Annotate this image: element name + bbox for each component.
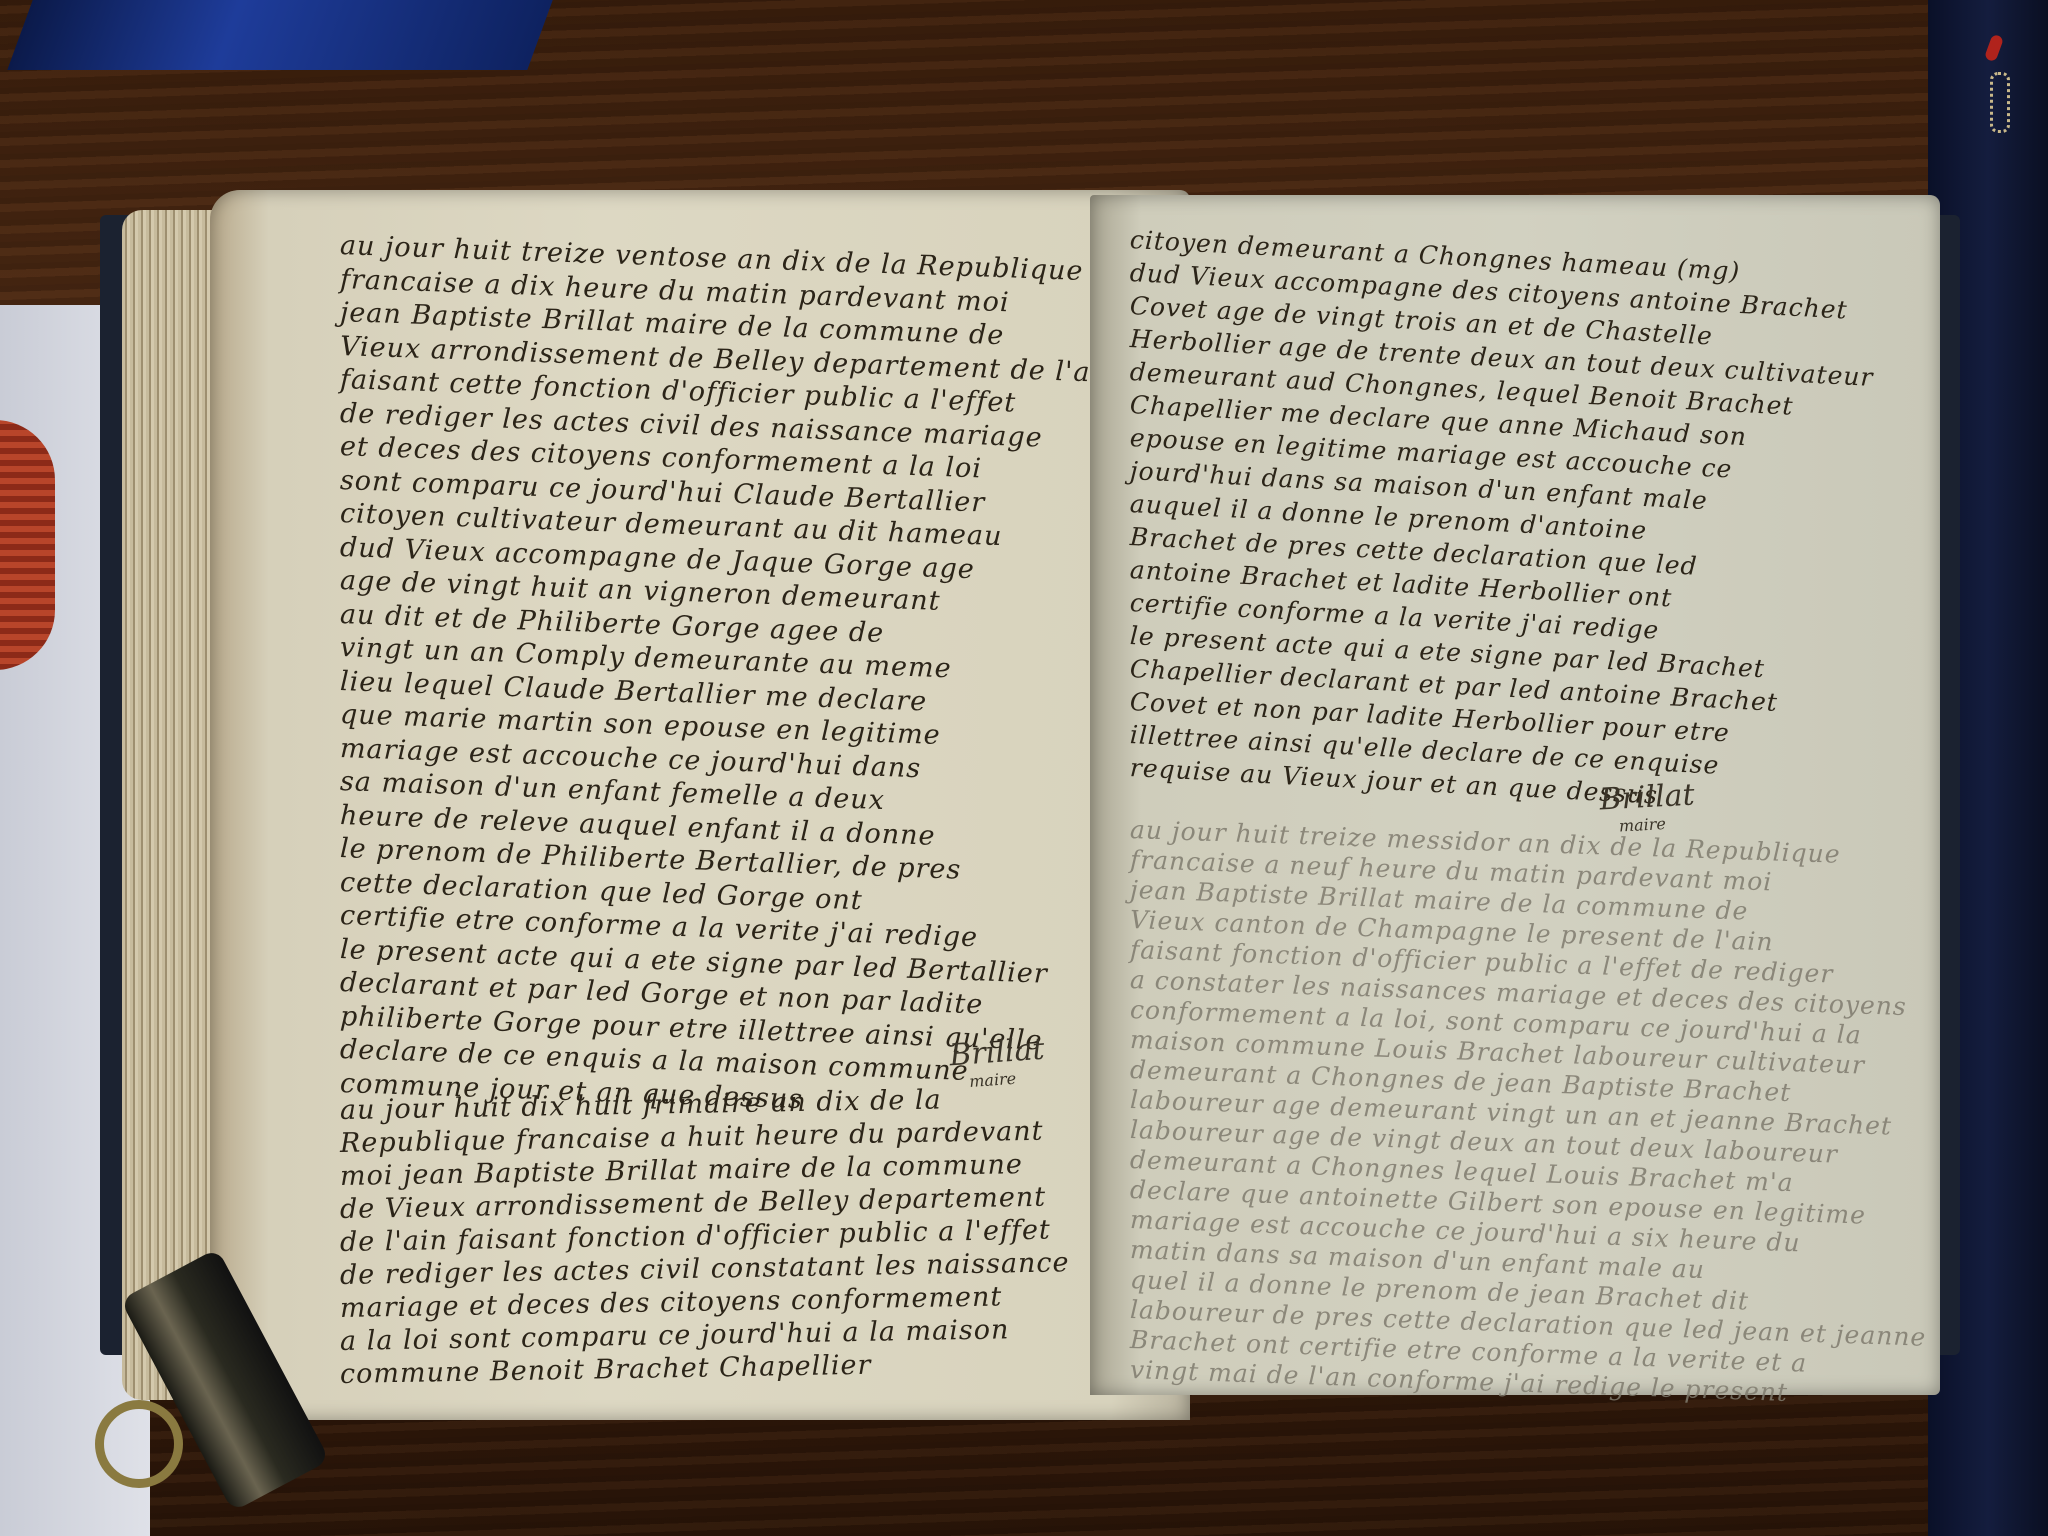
blue-object-top-left: [7, 0, 552, 70]
binder-clip-handle: [95, 1400, 183, 1488]
open-register-book: au jour huit treize ventose an dix de la…: [100, 180, 1960, 1380]
signature-brillat-right: Brillat maire: [1599, 778, 1697, 837]
left-page: au jour huit treize ventose an dix de la…: [210, 190, 1190, 1420]
gold-embroidery: [1990, 72, 2010, 133]
handwritten-line: commune Benoit Brachet Chapellier: [340, 1350, 872, 1390]
right-page: citoyen demeurant a Chongnes hameau (mg)…: [1090, 195, 1940, 1395]
red-embroidery: [1984, 34, 2004, 63]
signature-brillat-left: Brillat maire: [948, 1032, 1047, 1093]
red-object: [0, 420, 55, 670]
